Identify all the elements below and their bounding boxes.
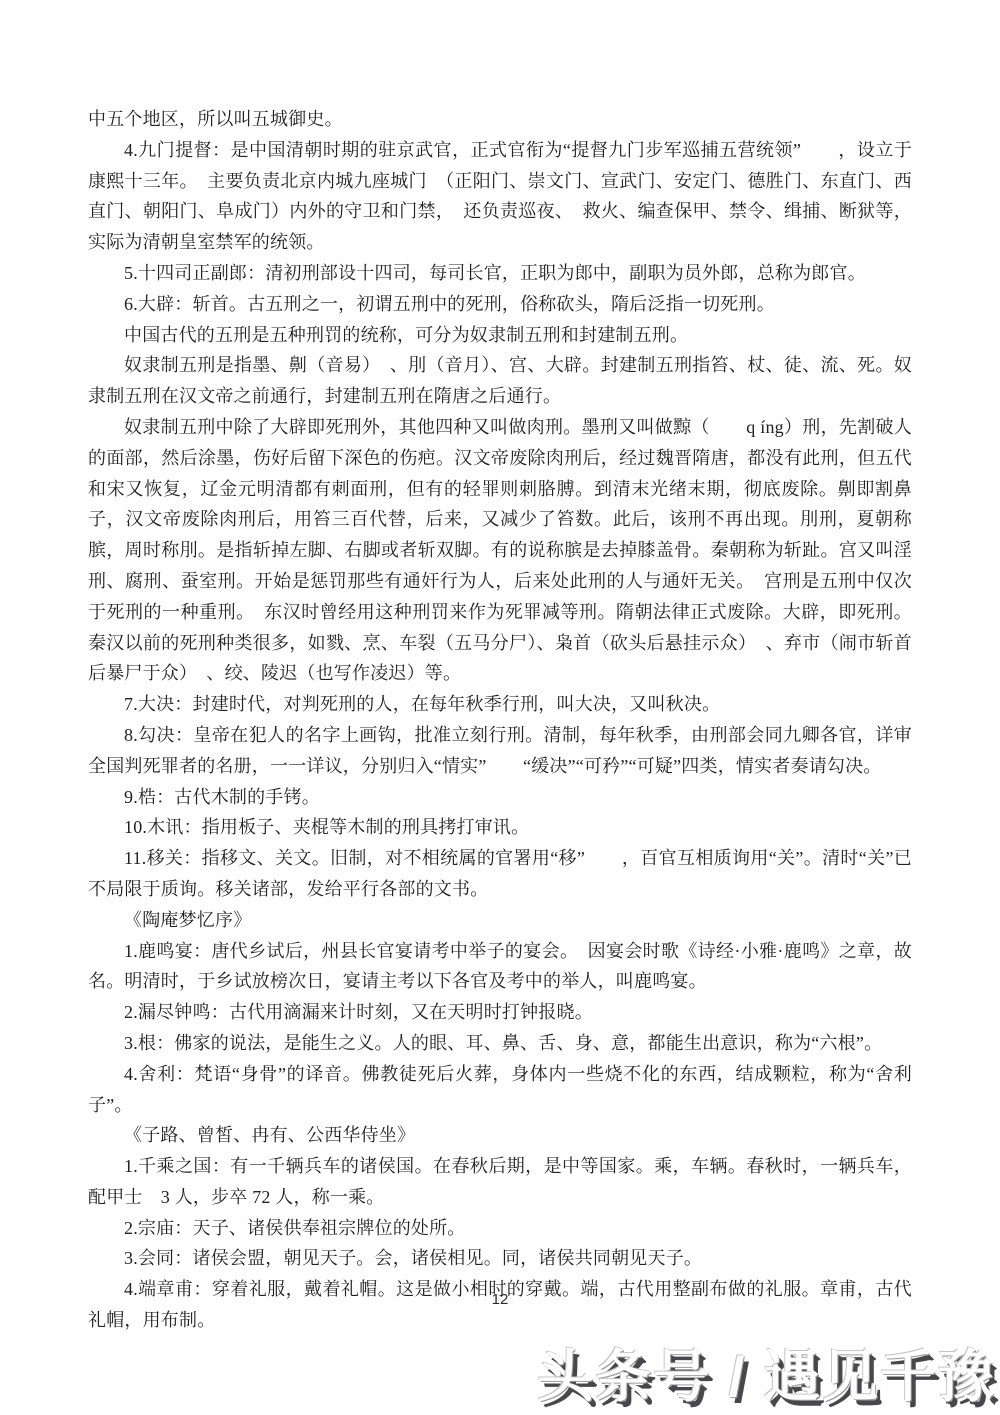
paragraph: 3.根：佛家的说法，是能生之义。人的眼、耳、鼻、舌、身、意，都能生出意识，称为“… bbox=[88, 1028, 912, 1059]
paragraph: 1.鹿鸣宴：唐代乡试后，州县长官宴请考中举子的宴会。 因宴会时歌《诗经·小雅·鹿… bbox=[88, 936, 912, 998]
paragraph: 6.大辟：斩首。古五刑之一，初谓五刑中的死刑，俗称砍头，隋后泛指一切死刑。 bbox=[88, 289, 912, 320]
paragraph: 8.勾决：皇帝在犯人的名字上画钩，批准立刻行刑。清制，每年秋季，由刑部会同九卿各… bbox=[88, 720, 912, 782]
page-number: 12 bbox=[0, 1291, 1000, 1308]
paragraph: 3.会同：诸侯会盟，朝见天子。会，诸侯相见。同，诸侯共同朝见天子。 bbox=[88, 1243, 912, 1274]
paragraph: 奴隶制五刑中除了大辟即死刑外，其他四种又叫做肉刑。墨刑又叫做黥（ q íng）刑… bbox=[88, 412, 912, 689]
paragraph: 2.宗庙：天子、诸侯供奉祖宗牌位的处所。 bbox=[88, 1213, 912, 1244]
paragraph: 10.木讯：指用板子、夹棍等木制的刑具拷打审讯。 bbox=[88, 812, 912, 843]
paragraph: 4.舍利：梵语“身骨”的译音。佛教徒死后火葬，身体内一些烧不化的东西，结成颗粒，… bbox=[88, 1059, 912, 1121]
paragraph: 中国古代的五刑是五种刑罚的统称，可分为奴隶制五刑和封建制五刑。 bbox=[88, 320, 912, 351]
watermark: 头条号 / 遇见千豫 bbox=[537, 1333, 996, 1413]
paragraph: 1.千乘之国：有一千辆兵车的诸侯国。在春秋后期，是中等国家。乘，车辆。春秋时，一… bbox=[88, 1151, 912, 1213]
paragraph: 7.大决：封建时代，对判死刑的人，在每年秋季行刑，叫大决，又叫秋决。 bbox=[88, 689, 912, 720]
section-title: 《子路、曾皙、冉有、公西华侍坐》 bbox=[88, 1120, 912, 1151]
paragraph: 5.十四司正副郎：清初刑部设十四司，每司长官，正职为郎中，副职为员外郎，总称为郎… bbox=[88, 258, 912, 289]
paragraph: 11.移关：指移文、关文。旧制，对不相统属的官署用“移” ，百官互相质询用“关”… bbox=[88, 843, 912, 905]
paragraph: 奴隶制五刑是指墨、劓（音易） 、刖（音月）、宫、大辟。封建制五刑指笞、杖、徒、流… bbox=[88, 350, 912, 412]
paragraph: 2.漏尽钟鸣：古代用滴漏来计时刻，又在天明时打钟报晓。 bbox=[88, 997, 912, 1028]
paragraph: 9.梏：古代木制的手铐。 bbox=[88, 782, 912, 813]
paragraph: 中五个地区，所以叫五城御史。 bbox=[88, 104, 912, 135]
paragraph: 4.九门提督：是中国清朝时期的驻京武官，正式官衔为“提督九门步军巡捕五营统领” … bbox=[88, 135, 912, 258]
document-body: 中五个地区，所以叫五城御史。 4.九门提督：是中国清朝时期的驻京武官，正式官衔为… bbox=[88, 104, 912, 1336]
section-title: 《陶庵梦忆序》 bbox=[88, 905, 912, 936]
